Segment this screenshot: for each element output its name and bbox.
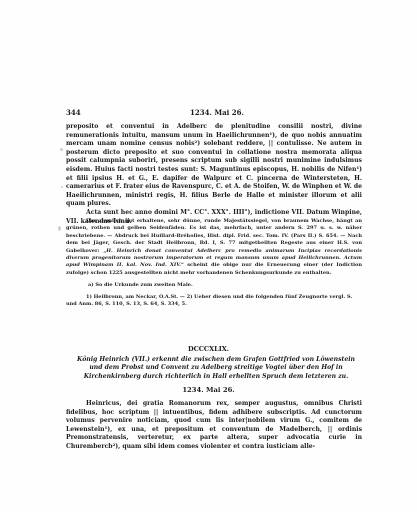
scan-artifact xyxy=(61,186,63,188)
paragraph: preposito et conventui in Adelberc de pl… xyxy=(66,123,362,209)
scanned-page: 344 1234. Mai 26. preposito et conventui… xyxy=(0,0,417,512)
editorial-note: Das ziemlich gut erhaltene, sehr dünne, … xyxy=(66,218,362,277)
scan-artifact xyxy=(58,226,61,231)
header-date: 1234. Mai 26. xyxy=(190,108,244,117)
document-number: DCCCXLIX. xyxy=(0,345,417,353)
paragraph: Heinricus, dei gratia Romanorum rex, sem… xyxy=(66,400,362,452)
footnote-text: 1) Heilbronn, am Neckar, O.A.St. — 2) Ue… xyxy=(66,294,362,308)
charter-text-continued: preposito et conventui in Adelberc de pl… xyxy=(66,123,362,226)
page-number: 344 xyxy=(66,108,81,117)
document-date: 1234. Mai 26. xyxy=(0,386,417,394)
footnotes: 1) Heilbronn, am Neckar, O.A.St. — 2) Ue… xyxy=(66,294,362,308)
regest-summary: König Heinrich (VII.) erkennt die zwisch… xyxy=(76,356,356,381)
note-paragraph: Das ziemlich gut erhaltene, sehr dünne, … xyxy=(66,218,362,277)
charter-text: Heinricus, dei gratia Romanorum rex, sem… xyxy=(66,400,362,452)
page-header: 344 1234. Mai 26. xyxy=(66,108,362,118)
footnote-a: a) So die Urkunde zum zweiten Male. xyxy=(88,282,193,288)
scan-artifact xyxy=(60,148,63,151)
